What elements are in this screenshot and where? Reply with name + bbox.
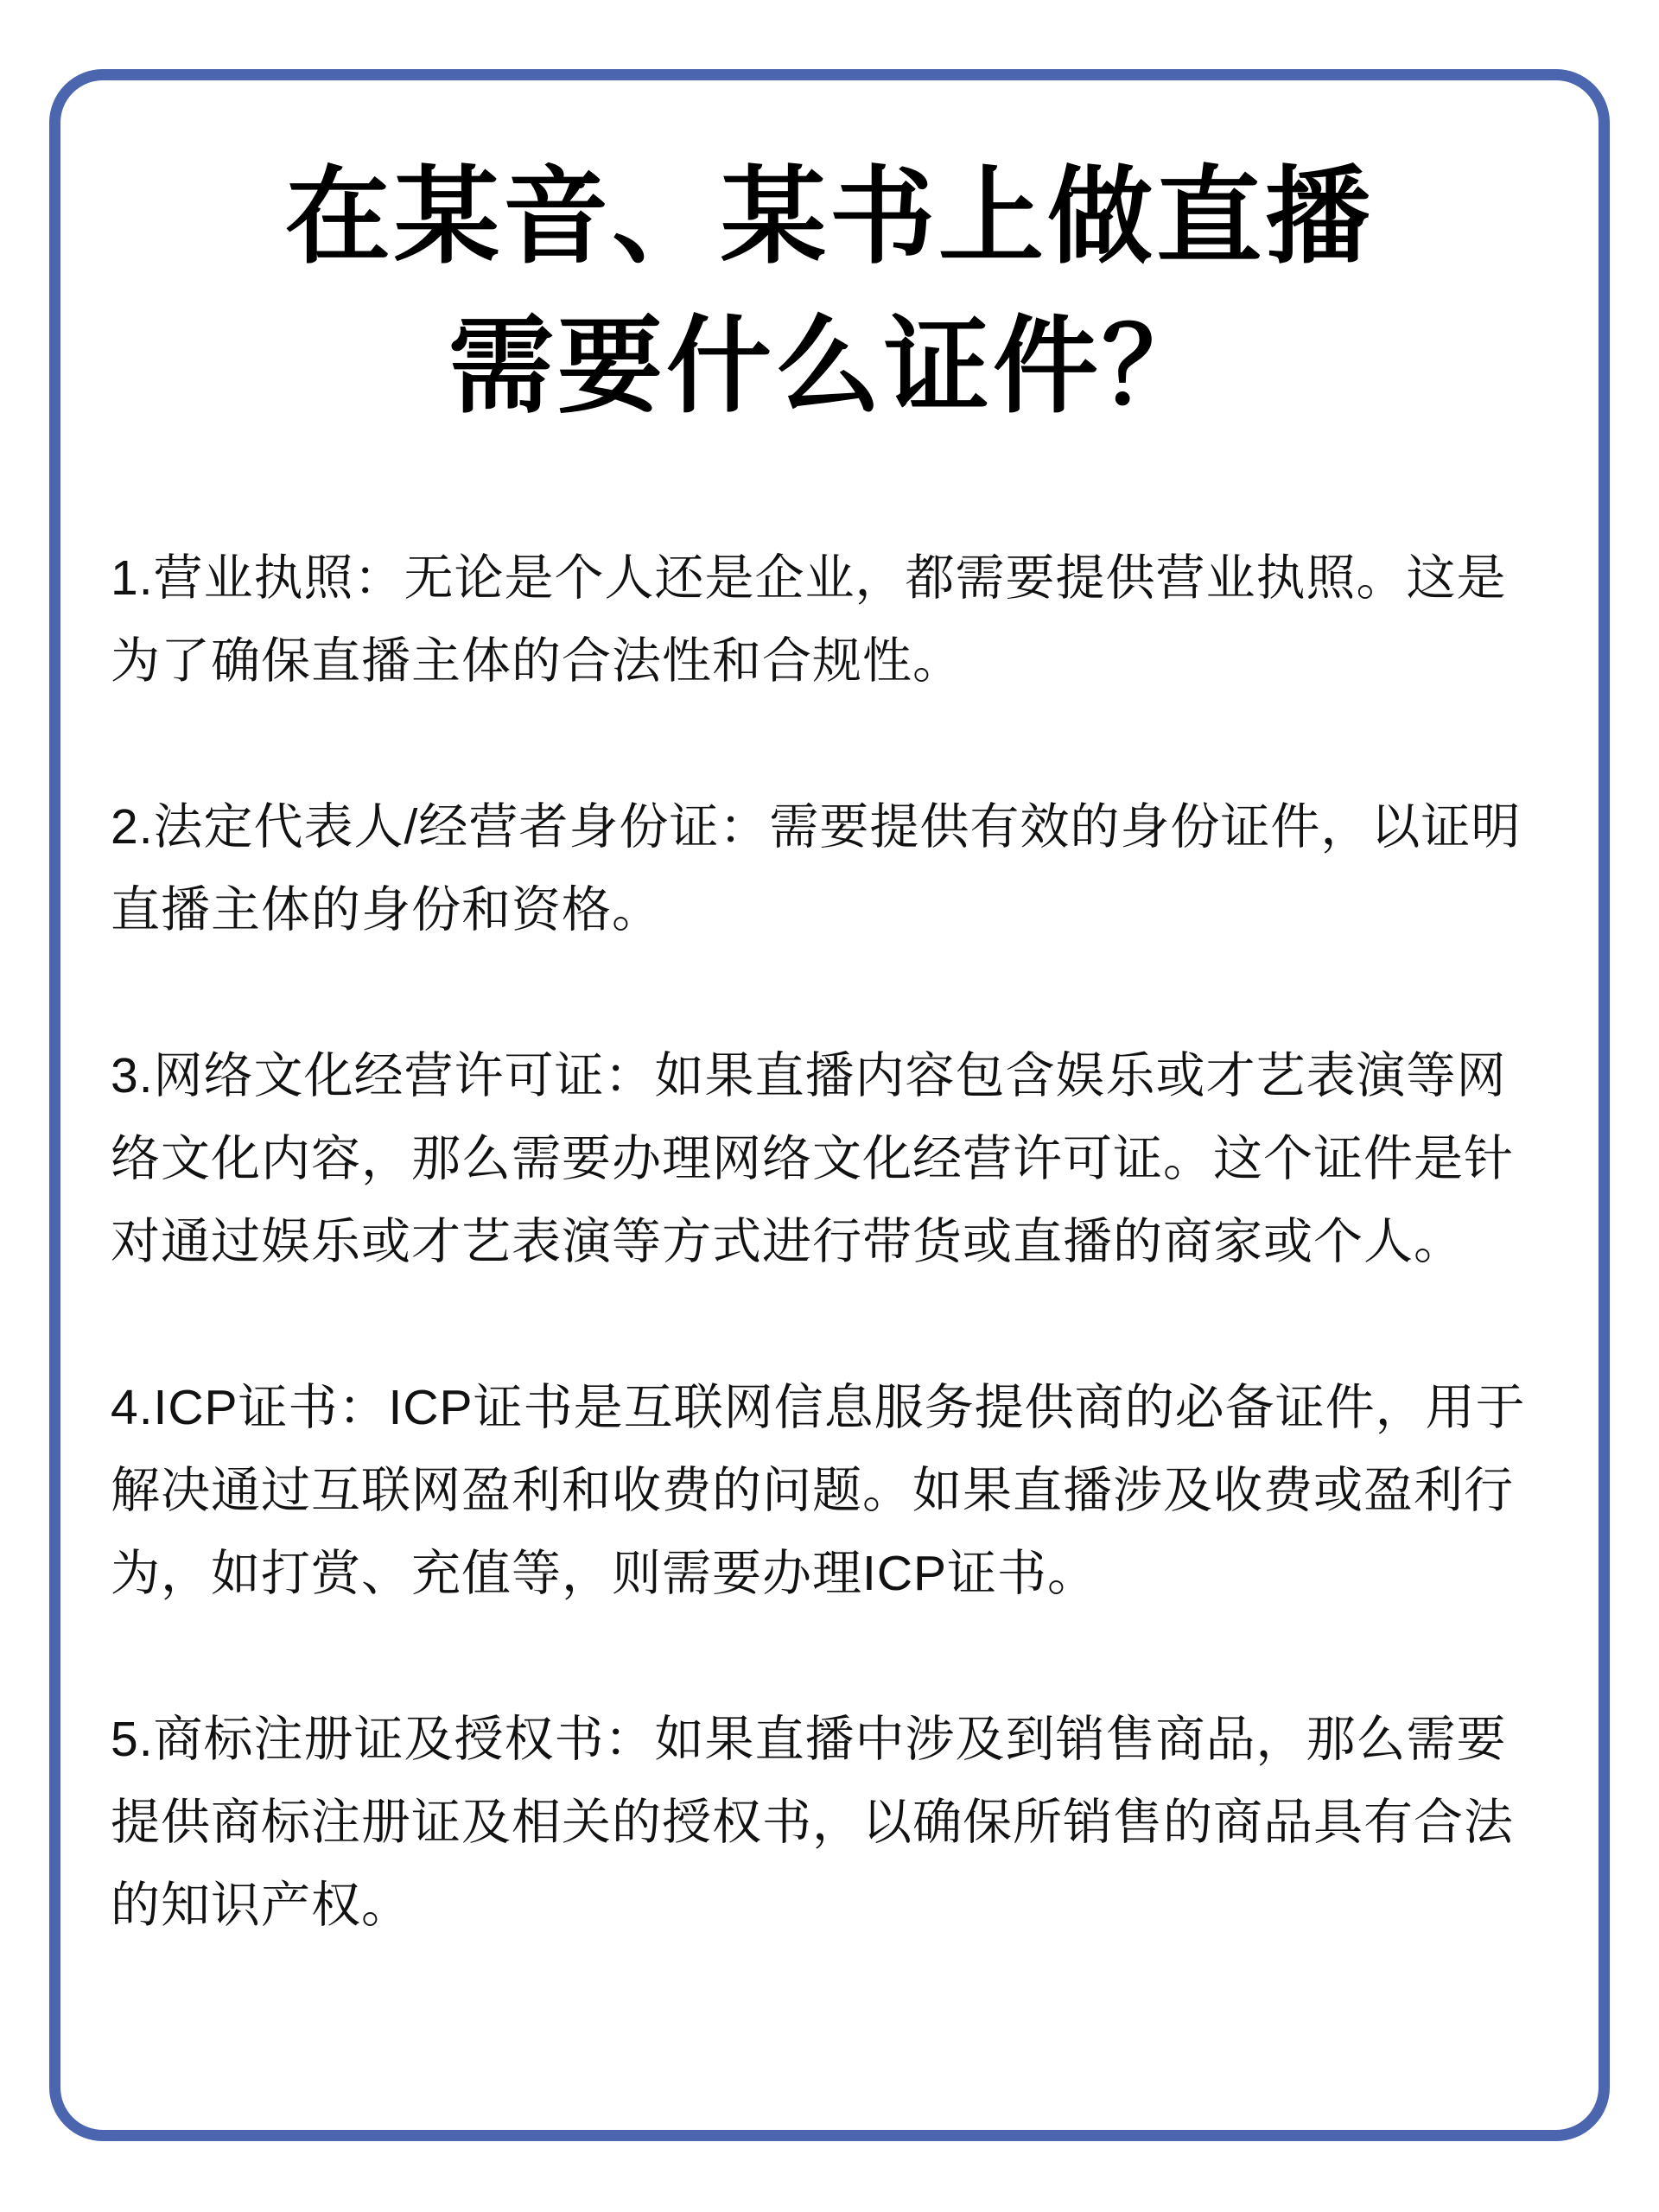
paragraph-id-card: 2.法定代表人/经营者身份证：需要提供有效的身份证件，以证明直播主体的身份和资格… bbox=[111, 785, 1548, 951]
paragraph-network-culture-license: 3.网络文化经营许可证：如果直播内容包含娱乐或才艺表演等网络文化内容，那么需要办… bbox=[111, 1034, 1548, 1283]
paragraph-business-license: 1.营业执照：无论是个人还是企业，都需要提供营业执照。这是为了确保直播主体的合法… bbox=[111, 537, 1548, 702]
poster-card: 在某音、某书上做直播 需要什么证件？ 1.营业执照：无论是个人还是企业，都需要提… bbox=[49, 69, 1610, 2141]
page-title-line-2: 需要什么证件？ bbox=[111, 292, 1548, 442]
page-title: 在某音、某书上做直播 需要什么证件？ bbox=[111, 143, 1548, 442]
poster-page: 在某音、某书上做直播 需要什么证件？ 1.营业执照：无论是个人还是企业，都需要提… bbox=[0, 0, 1659, 2212]
page-title-line-1: 在某音、某书上做直播 bbox=[111, 143, 1548, 292]
paragraph-trademark-certificate: 5.商标注册证及授权书：如果直播中涉及到销售商品，那么需要提供商标注册证及相关的… bbox=[111, 1698, 1548, 1947]
paragraph-icp-certificate: 4.ICP证书：ICP证书是互联网信息服务提供商的必备证件，用于解决通过互联网盈… bbox=[111, 1366, 1548, 1615]
paragraph-list: 1.营业执照：无论是个人还是企业，都需要提供营业执照。这是为了确保直播主体的合法… bbox=[111, 537, 1548, 1947]
